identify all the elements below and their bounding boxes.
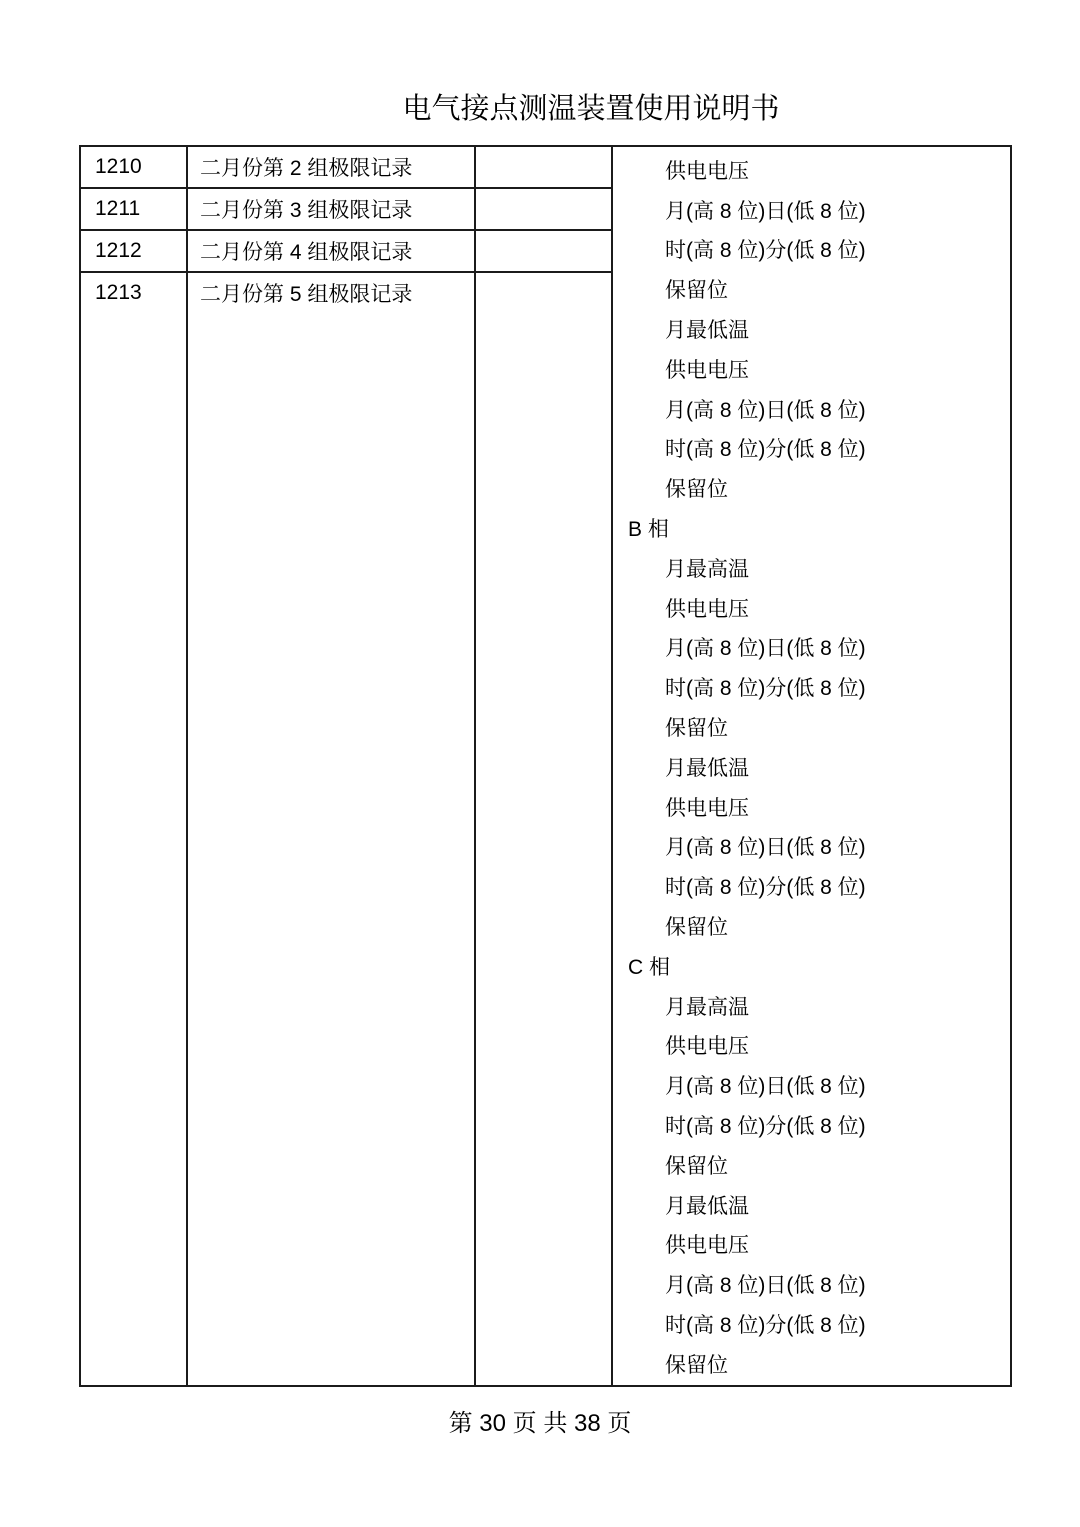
detail-line: 月最高温 bbox=[613, 548, 1010, 588]
detail-line: 供电电压 bbox=[613, 150, 1010, 190]
registers-table: 1210 二月份第 2 组极限记录 1211 二月份第 3 组极限记录 1212… bbox=[79, 145, 1012, 1387]
detail-line: 月(高 8 位)日(低 8 位) bbox=[613, 190, 1010, 230]
register-label: 二月份第 2 组极限记录 bbox=[200, 147, 470, 187]
detail-line: B 相 bbox=[613, 508, 1010, 548]
detail-line: C 相 bbox=[613, 946, 1010, 986]
detail-line: 保留位 bbox=[613, 1344, 1010, 1384]
detail-line: 月(高 8 位)日(低 8 位) bbox=[613, 389, 1010, 429]
column-divider-1 bbox=[186, 147, 188, 1385]
detail-line: 时(高 8 位)分(低 8 位) bbox=[613, 429, 1010, 469]
register-code: 1211 bbox=[95, 189, 183, 229]
detail-line: 月(高 8 位)日(低 8 位) bbox=[613, 1065, 1010, 1105]
detail-line: 月(高 8 位)日(低 8 位) bbox=[613, 1264, 1010, 1304]
detail-line: 时(高 8 位)分(低 8 位) bbox=[613, 1105, 1010, 1145]
register-label: 二月份第 5 组极限记录 bbox=[200, 273, 470, 313]
detail-line: 月(高 8 位)日(低 8 位) bbox=[613, 628, 1010, 668]
detail-line: 保留位 bbox=[613, 269, 1010, 309]
detail-line: 保留位 bbox=[613, 906, 1010, 946]
detail-line: 供电电压 bbox=[613, 787, 1010, 827]
detail-line: 时(高 8 位)分(低 8 位) bbox=[613, 1304, 1010, 1344]
register-code: 1212 bbox=[95, 231, 183, 271]
column-divider-2 bbox=[474, 147, 476, 1385]
detail-line: 供电电压 bbox=[613, 1225, 1010, 1265]
detail-line: 时(高 8 位)分(低 8 位) bbox=[613, 866, 1010, 906]
detail-line: 保留位 bbox=[613, 707, 1010, 747]
register-code: 1213 bbox=[95, 273, 183, 313]
register-label: 二月份第 4 组极限记录 bbox=[200, 231, 470, 271]
register-code: 1210 bbox=[95, 147, 183, 187]
register-label: 二月份第 3 组极限记录 bbox=[200, 189, 470, 229]
detail-line: 月最高温 bbox=[613, 986, 1010, 1026]
page-title: 电气接点测温装置使用说明书 bbox=[51, 90, 1080, 126]
detail-lines: 供电电压月(高 8 位)日(低 8 位)时(高 8 位)分(低 8 位)保留位月… bbox=[613, 147, 1010, 1385]
detail-line: 供电电压 bbox=[613, 1026, 1010, 1066]
page-footer: 第 30 页 共 38 页 bbox=[0, 1408, 1080, 1440]
detail-line: 时(高 8 位)分(低 8 位) bbox=[613, 230, 1010, 270]
detail-line: 供电电压 bbox=[613, 349, 1010, 389]
detail-line: 时(高 8 位)分(低 8 位) bbox=[613, 667, 1010, 707]
detail-line: 月最低温 bbox=[613, 747, 1010, 787]
detail-line: 供电电压 bbox=[613, 588, 1010, 628]
detail-line: 月最低温 bbox=[613, 1185, 1010, 1225]
detail-line: 保留位 bbox=[613, 1145, 1010, 1185]
detail-line: 月最低温 bbox=[613, 309, 1010, 349]
detail-line: 保留位 bbox=[613, 468, 1010, 508]
detail-line: 月(高 8 位)日(低 8 位) bbox=[613, 827, 1010, 867]
